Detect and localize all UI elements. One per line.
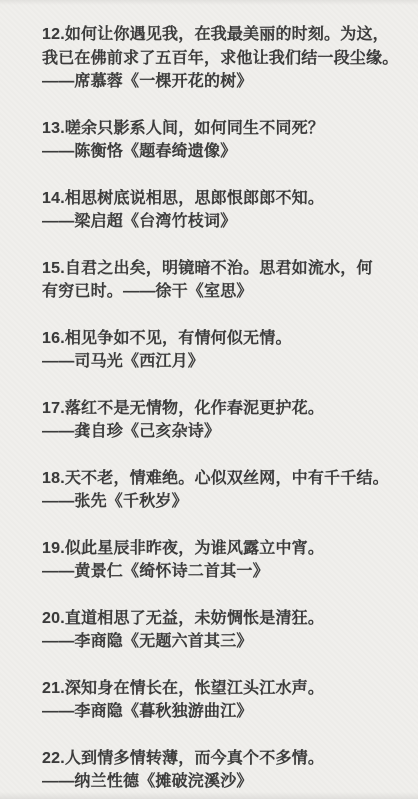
quote-line: 12.如何让你遇见我，在我最美丽的时刻。为这， [42,23,394,47]
attribution-line: ——司马光《西江月》 [42,350,394,374]
quote-line: 16.相见争如不见，有情何似无情。 [42,327,394,351]
quote-entry-13: 13.嗟余只影系人间，如何同生不同死？——陈衡恪《题春绮遗像》 [42,117,394,164]
attribution-line: ——席慕蓉《一棵开花的树》 [42,70,394,94]
quote-entry-18: 18.天不老，情难绝。心似双丝网，中有千千结。——张先《千秋岁》 [42,467,394,514]
quote-line: 14.相思树底说相思，思郎恨郎郎不知。 [42,187,394,211]
quote-line: 17.落红不是无情物，化作春泥更护花。 [42,397,394,421]
quote-entry-21: 21.深知身在情长在，怅望江头江水声。——李商隐《暮秋独游曲江》 [42,677,394,724]
quote-line: 我已在佛前求了五百年，求他让我们结一段尘缘。 [42,47,394,71]
attribution-line: ——张先《千秋岁》 [42,490,394,514]
quotes-page: 12.如何让你遇见我，在我最美丽的时刻。为这，我已在佛前求了五百年，求他让我们结… [0,0,418,799]
quote-line: 21.深知身在情长在，怅望江头江水声。 [42,677,394,701]
quote-line: 19.似此星辰非昨夜，为谁风露立中宵。 [42,537,394,561]
quote-line: 13.嗟余只影系人间，如何同生不同死？ [42,117,394,141]
quote-entry-17: 17.落红不是无情物，化作春泥更护花。——龚自珍《己亥杂诗》 [42,397,394,444]
attribution-line: ——李商隐《无题六首其三》 [42,630,394,654]
quote-line: 20.直道相思了无益，未妨惆怅是清狂。 [42,607,394,631]
quote-line: 有穷已时。——徐干《室思》 [42,280,394,304]
quote-entry-20: 20.直道相思了无益，未妨惆怅是清狂。——李商隐《无题六首其三》 [42,607,394,654]
attribution-line: ——龚自珍《己亥杂诗》 [42,420,394,444]
attribution-line: ——梁启超《台湾竹枝词》 [42,210,394,234]
attribution-line: ——黄景仁《绮怀诗二首其一》 [42,560,394,584]
attribution-line: ——陈衡恪《题春绮遗像》 [42,140,394,164]
attribution-line: ——纳兰性德《摊破浣溪沙》 [42,770,394,794]
quote-entry-12: 12.如何让你遇见我，在我最美丽的时刻。为这，我已在佛前求了五百年，求他让我们结… [42,23,394,94]
quote-entry-14: 14.相思树底说相思，思郎恨郎郎不知。——梁启超《台湾竹枝词》 [42,187,394,234]
attribution-line: ——李商隐《暮秋独游曲江》 [42,700,394,724]
quote-entry-16: 16.相见争如不见，有情何似无情。——司马光《西江月》 [42,327,394,374]
quote-line: 22.人到情多情转薄，而今真个不多情。 [42,747,394,771]
quote-line: 15.自君之出矣，明镜暗不治。思君如流水，何 [42,257,394,281]
quote-line: 18.天不老，情难绝。心似双丝网，中有千千结。 [42,467,394,491]
quotes-list: 12.如何让你遇见我，在我最美丽的时刻。为这，我已在佛前求了五百年，求他让我们结… [42,23,394,794]
quote-entry-19: 19.似此星辰非昨夜，为谁风露立中宵。——黄景仁《绮怀诗二首其一》 [42,537,394,584]
quote-entry-22: 22.人到情多情转薄，而今真个不多情。——纳兰性德《摊破浣溪沙》 [42,747,394,794]
quote-entry-15: 15.自君之出矣，明镜暗不治。思君如流水，何有穷已时。——徐干《室思》 [42,257,394,304]
